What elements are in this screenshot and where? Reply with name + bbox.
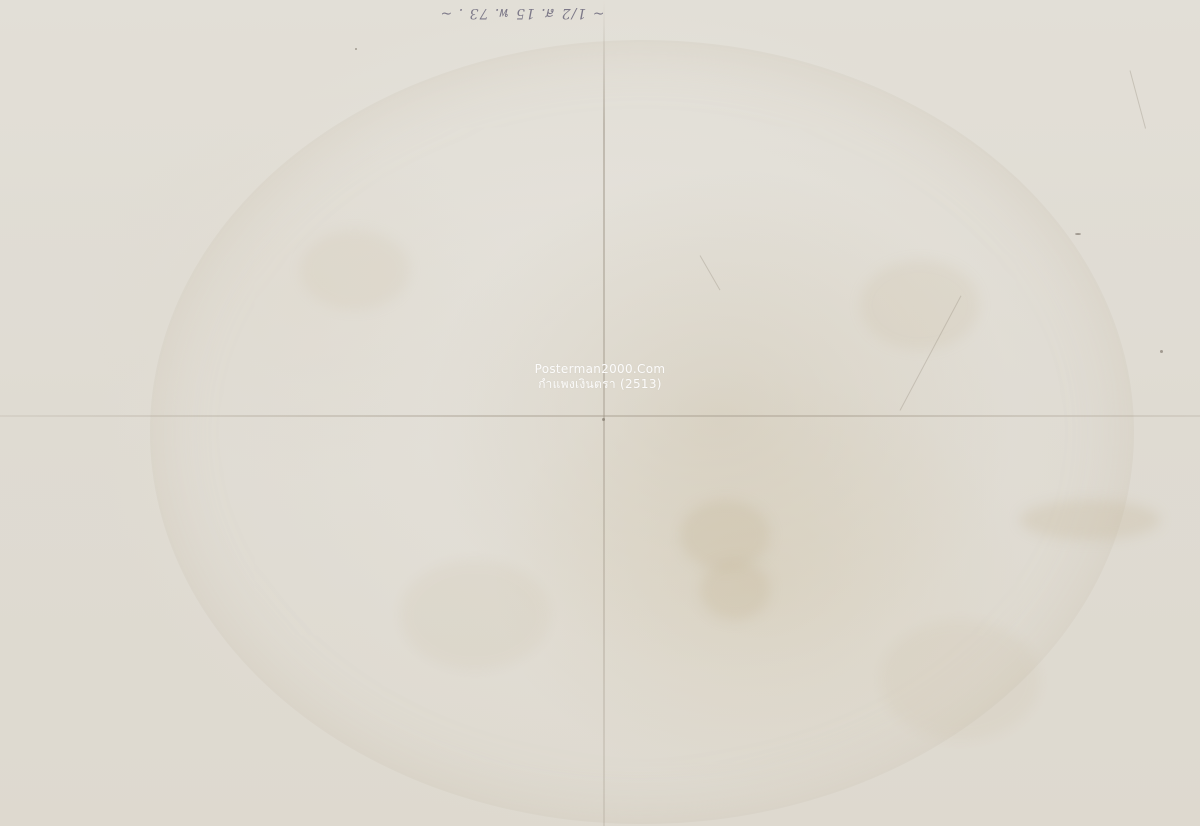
speck xyxy=(1160,350,1163,353)
stain-spot xyxy=(1020,500,1160,540)
vertical-fold-line xyxy=(603,0,605,826)
horizontal-fold-line xyxy=(0,415,1200,417)
aged-poster-back: ~ 1/2 ส. 15 พ. 73 . ~ Posterman2000.Com … xyxy=(0,0,1200,826)
stain-spot xyxy=(700,560,770,620)
handwritten-note: ~ 1/2 ส. 15 พ. 73 . ~ xyxy=(372,2,672,24)
stain-spot xyxy=(400,560,550,670)
stain-spot xyxy=(880,620,1040,740)
crease-line xyxy=(700,255,721,290)
stain-spot xyxy=(680,500,770,570)
speck xyxy=(355,48,357,50)
watermark: Posterman2000.Com กำแพงเงินตรา (2513) xyxy=(500,362,700,392)
watermark-site: Posterman2000.Com xyxy=(500,362,700,377)
speck xyxy=(1075,233,1081,235)
speck xyxy=(602,418,605,421)
stain-spot xyxy=(300,230,410,310)
stain-spot xyxy=(860,260,980,350)
crease-line xyxy=(1130,70,1146,128)
watermark-title: กำแพงเงินตรา (2513) xyxy=(500,377,700,392)
